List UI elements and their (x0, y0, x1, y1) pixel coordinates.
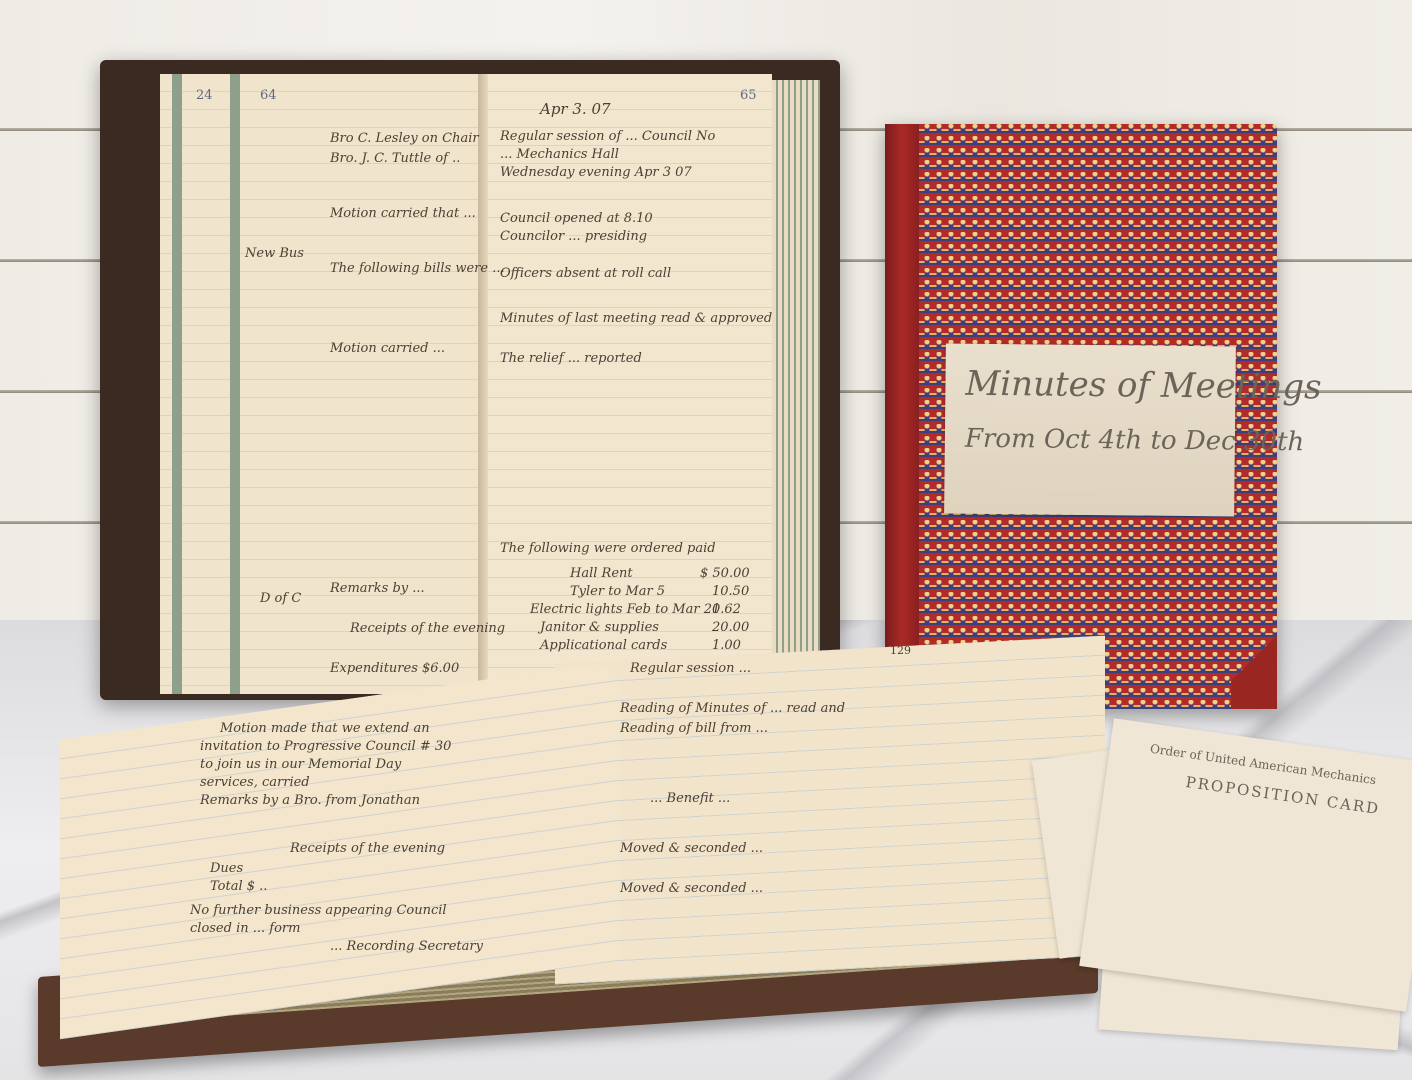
loose-proposition-cards: Order of United American Mechanics PROPO… (1045, 740, 1412, 1060)
entry-desc: Hall Rent (570, 565, 633, 583)
handwritten-line: Dues (210, 860, 243, 878)
handwritten-line: Remarks by a Bro. from Jonathan (200, 792, 420, 810)
handwritten-line: ... Benefit ... (650, 790, 730, 808)
handwritten-line: ... Recording Secretary (330, 938, 483, 956)
page-number: 129 (890, 642, 911, 660)
front-open-ledger: 129 Motion made that we extend an invita… (30, 640, 1110, 1040)
margin-note: New Bus (245, 245, 304, 263)
entry-desc: Janitor & supplies (540, 619, 659, 637)
page-number-tab: 24 (196, 88, 213, 103)
entry-amount: 10.50 (712, 583, 749, 601)
handwritten-line: Wednesday evening Apr 3 07 (500, 164, 692, 182)
handwritten-line: Bro C. Lesley on Chair (330, 130, 479, 148)
page-edge-green-stripe (230, 74, 240, 694)
handwritten-line: Motion made that we extend an (220, 720, 430, 738)
card-header: Order of United American Mechanics (1149, 742, 1377, 788)
handwritten-line: closed in ... form (190, 920, 300, 938)
page-block-edge (772, 80, 820, 680)
label-title: Minutes of Meetings (965, 364, 1321, 408)
handwritten-line: to join us in our Memorial Day (200, 756, 401, 774)
front-ledger-right-page (555, 636, 1105, 985)
page-edge-green-stripe (172, 74, 182, 694)
margin-note: D of C (260, 590, 301, 608)
handwritten-line: Moved & seconded ... (620, 880, 763, 898)
book-gutter (478, 74, 488, 694)
handwritten-line: Councilor ... presiding (500, 228, 647, 246)
leather-corner (1231, 619, 1277, 709)
back-open-ledger: 24 64 65 New Bus D of C Bro C. Lesley on… (100, 60, 840, 700)
handwritten-line: Motion carried ... (330, 340, 445, 358)
red-leather-spine (885, 124, 919, 709)
handwritten-line: ... Mechanics Hall (500, 146, 619, 164)
handwritten-line: The following bills were ... (330, 260, 505, 278)
handwritten-line: Officers absent at roll call (500, 265, 671, 283)
proposition-card: Order of United American Mechanics PROPO… (1079, 718, 1412, 1011)
handwritten-line: Receipts of the evening (350, 620, 505, 638)
handwritten-line: invitation to Progressive Council # 30 (200, 738, 451, 756)
handwritten-line: Bro. J. C. Tuttle of .. (330, 150, 460, 168)
handwritten-line: The following were ordered paid (500, 540, 716, 558)
handwritten-line: Minutes of last meeting read & approved (500, 310, 772, 328)
handwritten-line: Receipts of the evening (290, 840, 445, 858)
right-page-date: Apr 3. 07 (540, 100, 611, 118)
page-number-right: 65 (740, 88, 757, 103)
handwritten-line: Regular session ... (630, 660, 751, 678)
handwritten-line: services, carried (200, 774, 310, 792)
label-subtitle: From Oct 4th to Dec 30th (965, 424, 1305, 458)
handwritten-line: Council opened at 8.10 (500, 210, 653, 228)
handwritten-line: Moved & seconded ... (620, 840, 763, 858)
handwritten-line: The relief ... reported (500, 350, 642, 368)
entry-amount: 1.62 (712, 601, 741, 619)
handwritten-line: Total $ .. (210, 878, 267, 896)
handwritten-line: Reading of bill from ... (620, 720, 768, 738)
entry-amount: $ 50.00 (700, 565, 750, 583)
handwritten-line: Regular session of ... Council No (500, 128, 715, 146)
handwritten-line: Motion carried that ... (330, 205, 476, 223)
cover-label: Minutes of Meetings From Oct 4th to Dec … (944, 343, 1236, 516)
handwritten-line: No further business appearing Council (190, 902, 447, 920)
page-number-left: 64 (260, 88, 277, 103)
entry-amount: 20.00 (712, 619, 749, 637)
handwritten-line: Remarks by ... (330, 580, 425, 598)
entry-desc: Electric lights Feb to Mar 20 (530, 601, 720, 619)
handwritten-line: Reading of Minutes of ... read and (620, 700, 845, 718)
entry-desc: Tyler to Mar 5 (570, 583, 665, 601)
